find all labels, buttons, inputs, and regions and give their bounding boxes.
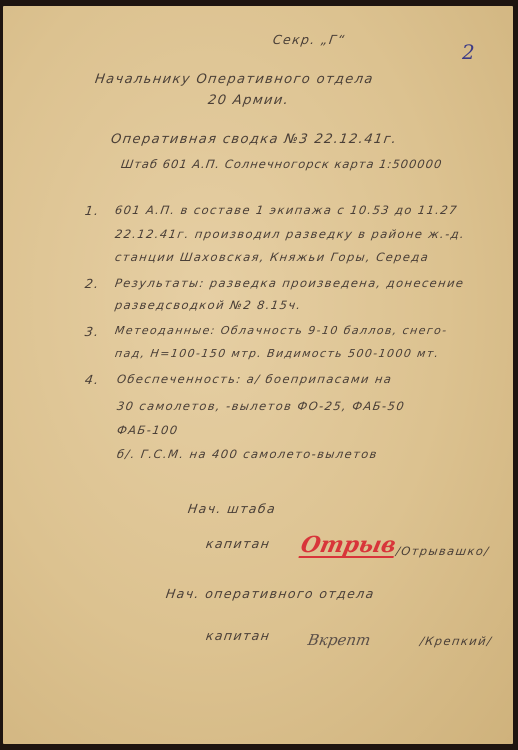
addressee-line1: Начальнику Оперативного отдела: [94, 72, 375, 87]
document-page: 2 Секр. „Г“ Начальнику Оперативного отде…: [3, 6, 513, 744]
item-line: Обеспеченность: а/ боеприпасами на: [116, 372, 393, 386]
item-line: пад, Н=100-150 мтр. Видимость 500-1000 м…: [114, 347, 440, 360]
item-line: 601 А.П. в составе 1 экипажа с 10.53 до …: [114, 203, 459, 217]
item-line: Результаты: разведка произведена, донесе…: [114, 276, 465, 290]
item-line: Метеоданные: Облачность 9-10 баллов, сне…: [114, 324, 448, 337]
report-title: Оперативная сводка №3 22.12.41г.: [110, 132, 398, 147]
item-number: 1.: [84, 203, 101, 218]
report-subtitle: Штаб 601 А.П. Солнечногорск карта 1:5000…: [120, 157, 443, 171]
classification-stamp: Секр. „Г“: [272, 32, 346, 47]
item-number: 3.: [84, 324, 101, 339]
signatory-name: /Крепкий/: [419, 634, 493, 648]
item-line: станции Шаховская, Княжьи Горы, Середа: [114, 250, 430, 264]
item-line: 30 самолетов, -вылетов ФО-25, ФАБ-50: [116, 399, 406, 413]
item-line: б/. Г.С.М. на 400 самолето-вылетов: [116, 447, 379, 461]
handwritten-signature: Вкрепт: [306, 631, 372, 649]
signatory-rank: капитан: [205, 536, 272, 551]
addressee-line2: 20 Армии.: [207, 93, 290, 108]
item-number: 4.: [84, 372, 101, 387]
page-number: 2: [462, 40, 475, 64]
item-line: разведсводкой №2 8.15ч.: [114, 298, 303, 312]
signatory-name: /Отрывашко/: [395, 544, 491, 558]
item-line: 22.12.41г. производил разведку в районе …: [114, 227, 466, 241]
signatory-title: Нач. штаба: [187, 501, 277, 516]
signatory-rank: капитан: [205, 628, 272, 643]
handwritten-signature: Отрыв: [298, 534, 398, 558]
item-number: 2.: [84, 276, 101, 291]
signatory-title: Нач. оперативного отдела: [165, 586, 376, 601]
item-line: ФАБ-100: [116, 423, 180, 437]
